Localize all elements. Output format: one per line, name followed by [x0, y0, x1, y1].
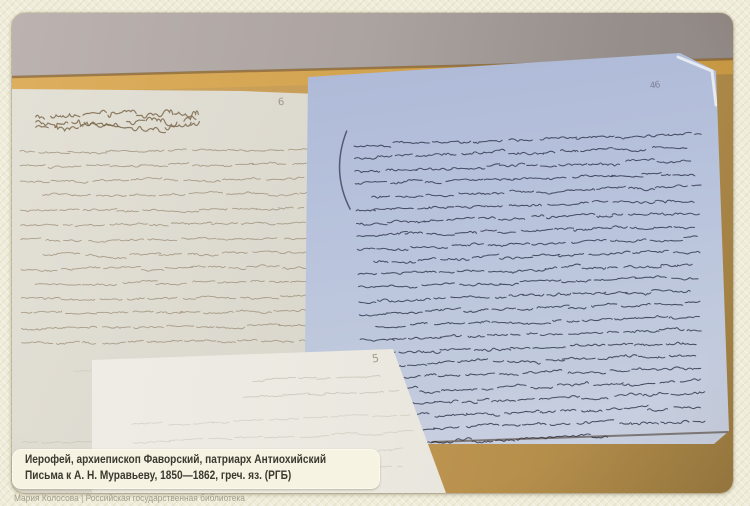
- caption-box: Иерофей, архиепископ Фаворский, патриарх…: [12, 449, 380, 489]
- caption-line1: Иерофей, архиепископ Фаворский, патриарх…: [25, 453, 326, 469]
- slide-background: 6 46 5 Иерофей, архиепископ Фаворский, п…: [0, 0, 750, 506]
- caption-line2: Письма к А. Н. Муравьеву, 1850—1862, гре…: [25, 469, 326, 485]
- exhibit-photo: 6 46 5: [12, 13, 733, 493]
- attribution: Мария Колосова | Российская государствен…: [14, 493, 245, 504]
- page-number-mark-left: 6: [278, 97, 285, 108]
- corner-mark-blue: 46: [649, 80, 660, 91]
